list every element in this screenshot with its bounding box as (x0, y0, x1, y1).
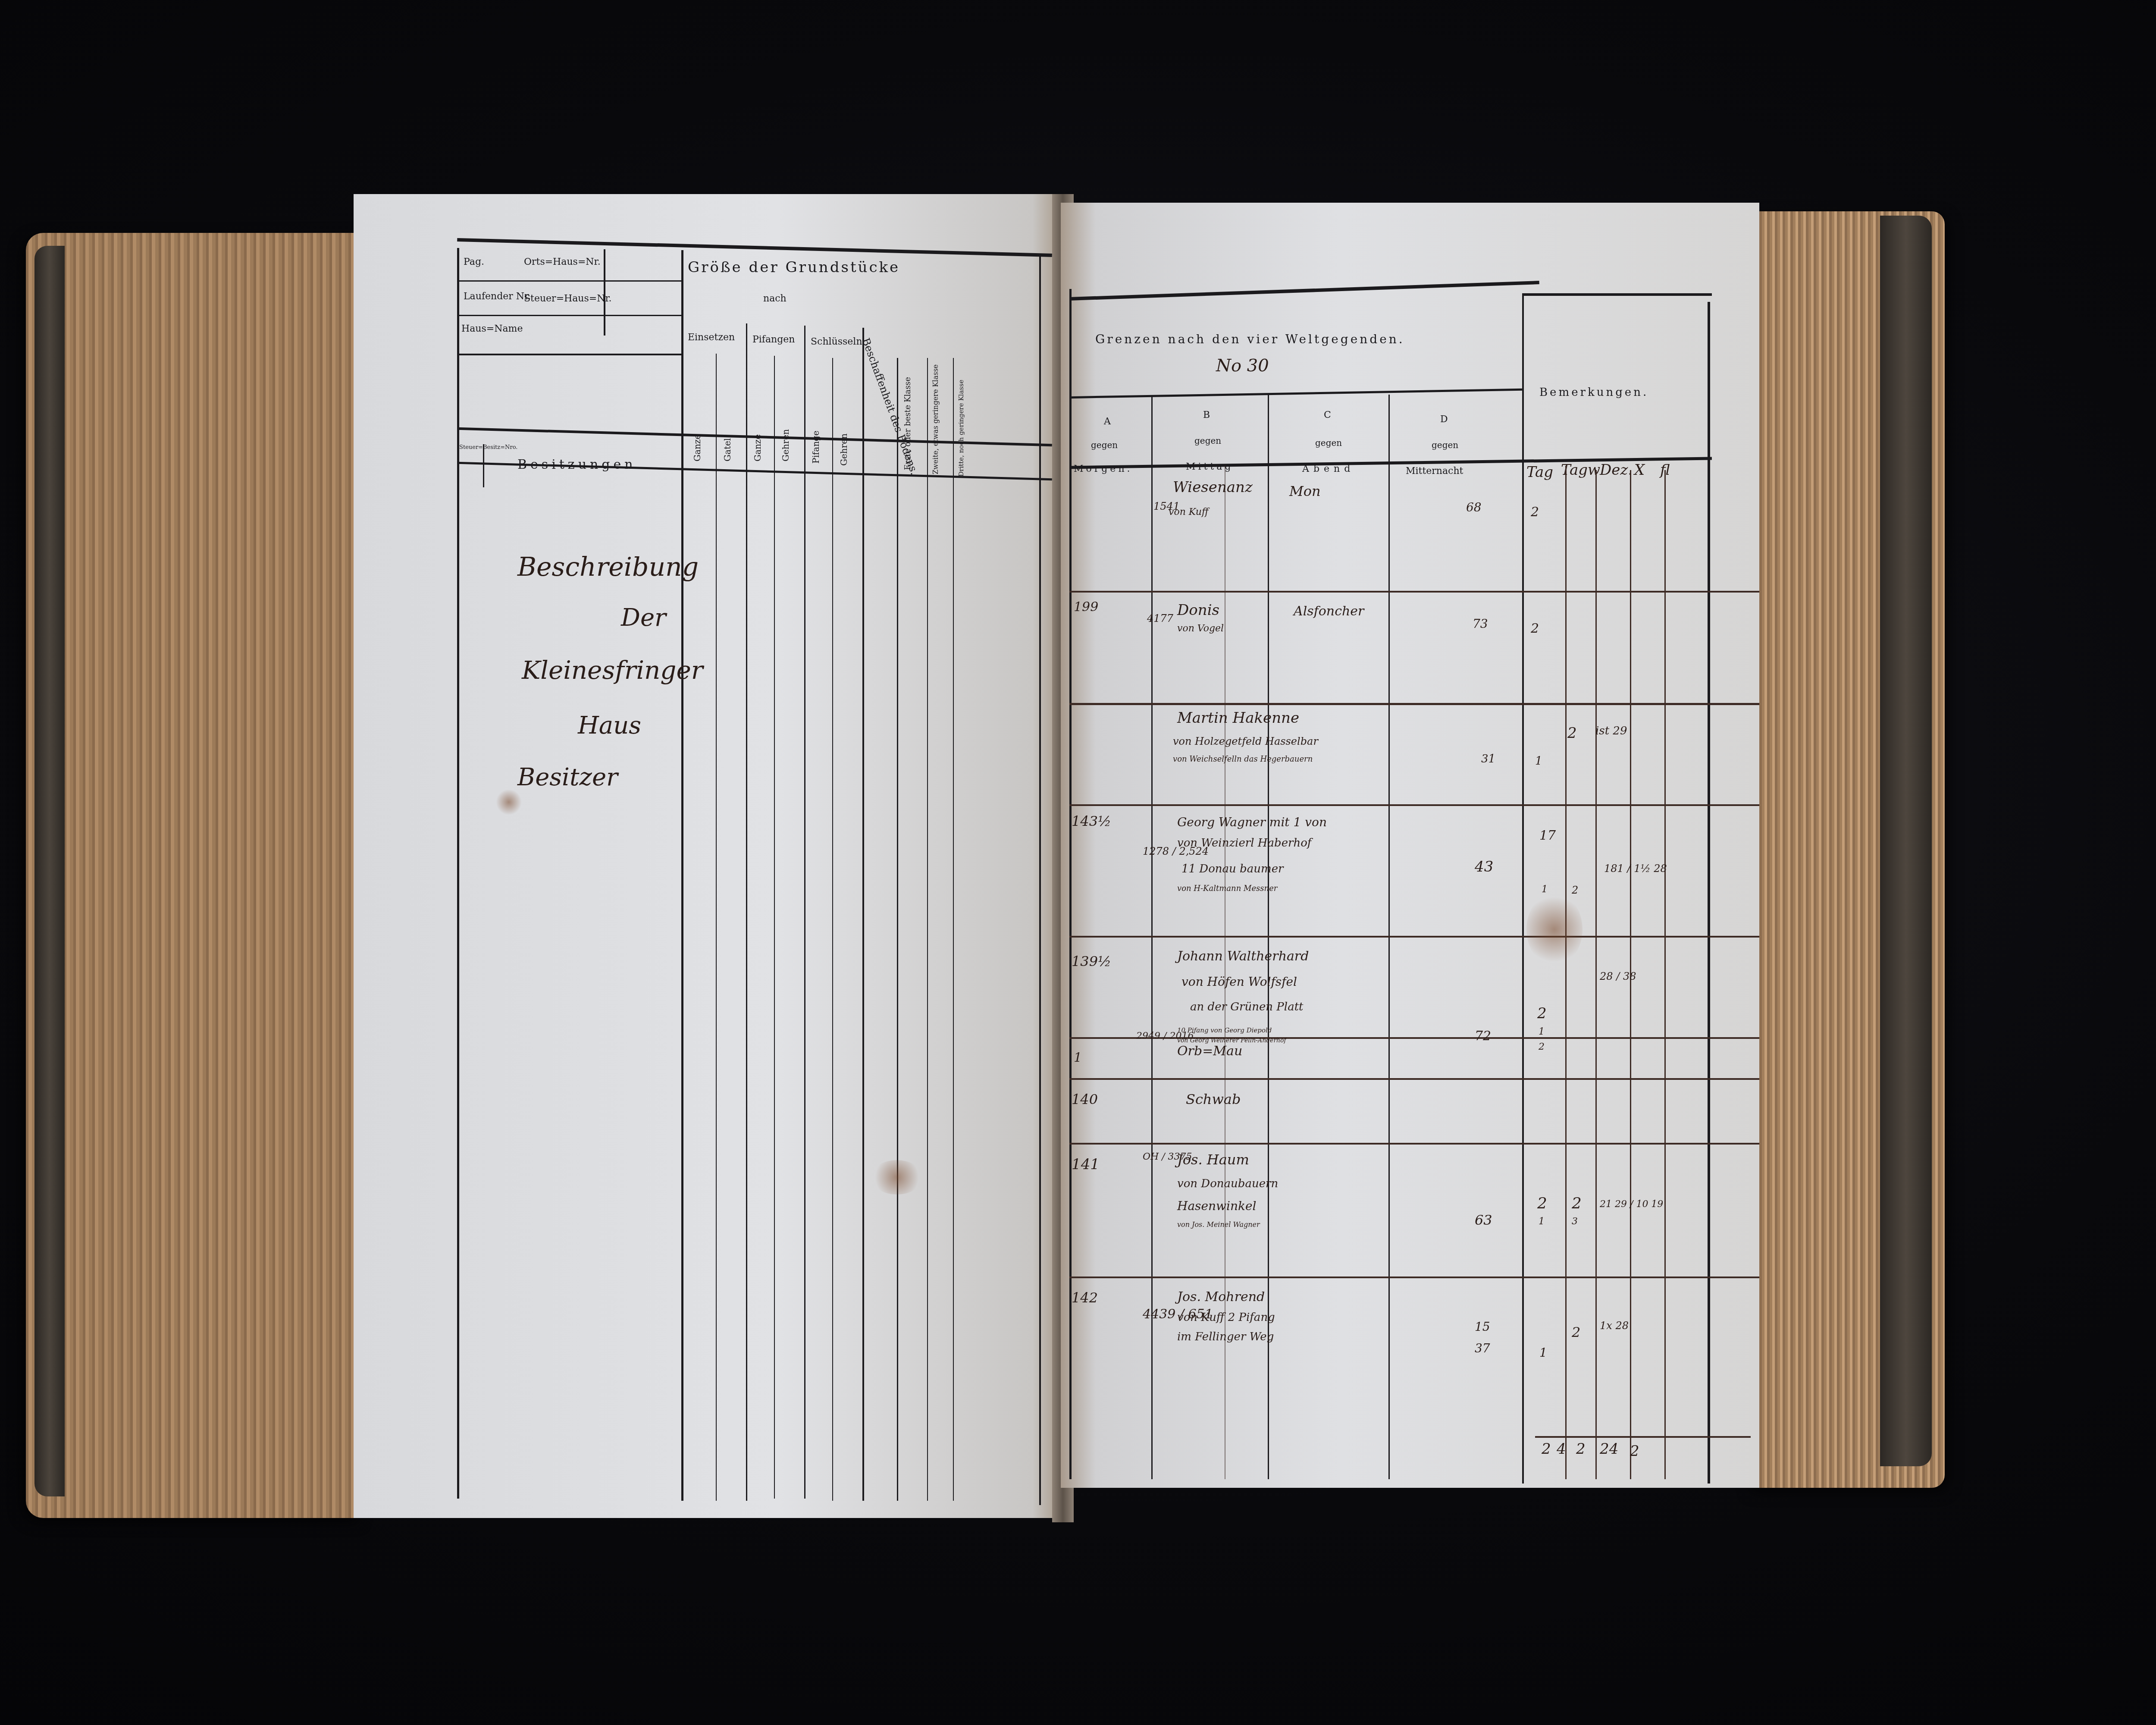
einsetzen-label: Einsetzen (688, 332, 735, 343)
bemerkungen-title: Bemerkungen. (1539, 386, 1648, 399)
folio-number: No 30 (1216, 356, 1269, 376)
klasse-3: Dritte, noch geringere Klasse (957, 379, 965, 477)
handwritten-title-line-1: Beschreibung (517, 552, 699, 582)
open-ledger-book: Pag. Orts=Haus=Nr. Laufender Nr. Steuer=… (26, 185, 1940, 1544)
handwritten-title-line-3: Kleinesfringer (522, 655, 703, 685)
right-cover (1880, 216, 1932, 1466)
left-page: Pag. Orts=Haus=Nr. Laufender Nr. Steuer=… (354, 194, 1061, 1518)
column-mark-tagw: Tagw (1561, 461, 1600, 479)
pifangen-label: Pifangen (752, 334, 795, 345)
grenzen-title: Grenzen nach den vier Weltgegenden. (1095, 332, 1405, 346)
laufender-nr-label: Laufender Nr. (464, 291, 531, 302)
sub-column-ganze: Ganze (692, 434, 702, 461)
groesse-title: Größe der Grundstücke (688, 259, 900, 276)
handwritten-title-line-4: Haus (578, 712, 641, 740)
schluesseln-label: Schlüsseln (811, 336, 862, 347)
right-page: Grenzen nach den vier Weltgegenden. No 3… (1061, 203, 1759, 1488)
sub-column-gatel: Gatel (722, 438, 733, 461)
groesse-nach: nach (763, 293, 787, 304)
orts-haus-nr-label: Orts=Haus=Nr. (524, 257, 601, 267)
handwritten-title-line-2: Der (621, 604, 666, 632)
column-mark-x: X (1634, 461, 1645, 479)
left-page-block-edges (26, 233, 362, 1518)
klasse-1: Erste oder beste Klasse (903, 377, 912, 470)
handwritten-title-line-5: Besitzer (517, 763, 618, 791)
column-mark-tag: Tag (1526, 464, 1553, 481)
haus-name-label: Haus=Name (461, 323, 523, 334)
pag-label: Pag. (464, 257, 484, 267)
besitzungen-label: Besitzungen. (517, 457, 644, 472)
sub-column-ganze-2: Ganze (752, 434, 763, 461)
sub-column-pifange: Pifange (811, 430, 821, 464)
column-mark-dez: Dez. (1600, 461, 1633, 479)
left-cover-spine (34, 246, 65, 1496)
steuer-haus-nr-label: Steuer=Haus=Nr. (524, 293, 612, 304)
sub-column-gehren-2: Gehren (839, 433, 849, 466)
steuer-besitz-nro-label: Steuer=Besitz=Nro. (459, 444, 483, 451)
sub-column-gehren: Gehren (780, 429, 791, 461)
klasse-2: Zweite, etwas geringere Klasse (931, 364, 940, 474)
